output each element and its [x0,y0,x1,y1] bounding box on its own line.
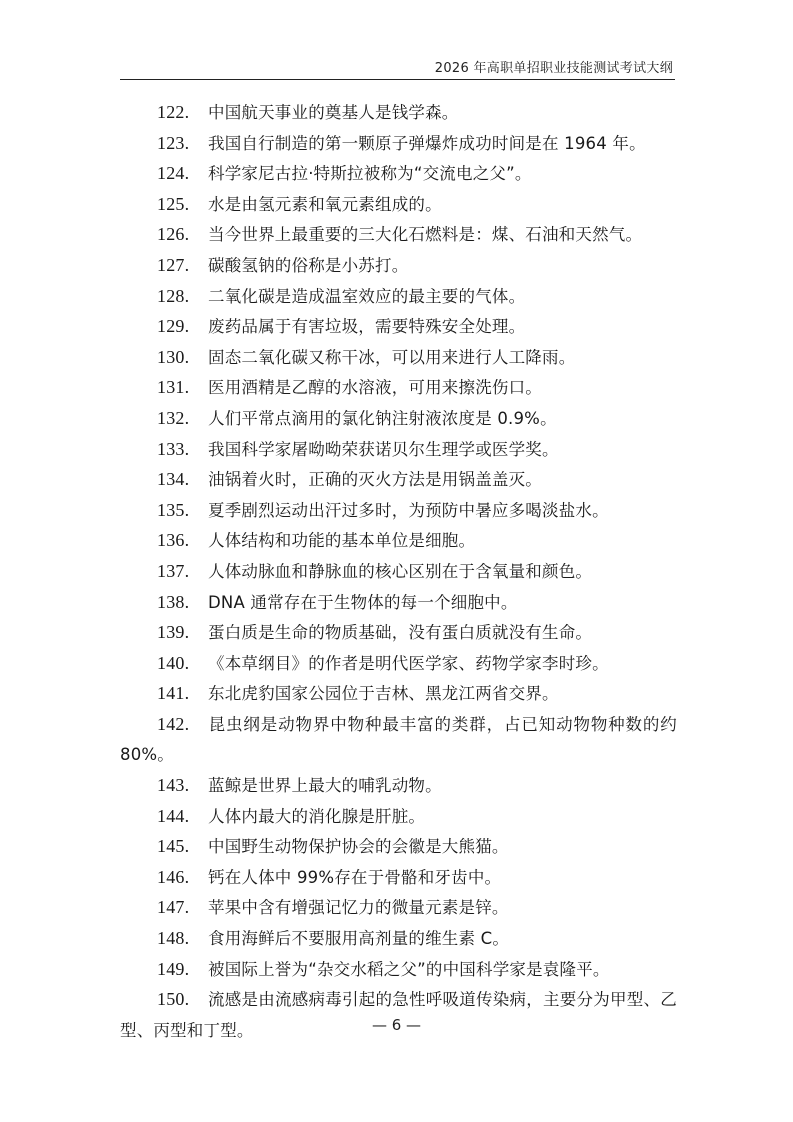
item-text: 人体动脉血和静脉血的核心区别在于含氧量和颜色。 [208,562,592,581]
item-text: 科学家尼古拉·特斯拉被称为“交流电之父”。 [208,164,532,183]
list-item: 147.苹果中含有增强记忆力的微量元素是锌。 [120,893,677,924]
list-item: 134.油锅着火时，正确的灭火方法是用锅盖盖灭。 [120,465,677,496]
item-text: 水是由氢元素和氧元素组成的。 [208,195,442,214]
item-number: 150. [157,985,201,1015]
item-number: 133. [157,435,201,465]
item-text: 昆虫纲是动物界中物种最丰富的类群，占已知动物物种数的约 80%。 [120,715,677,765]
item-text: 人体结构和功能的基本单位是细胞。 [208,531,475,550]
list-item: 140.《本草纲目》的作者是明代医学家、药物学家李时珍。 [120,649,677,680]
list-item: 130.固态二氧化碳又称干冰，可以用来进行人工降雨。 [120,343,677,374]
list-item: 149.被国际上誉为“杂交水稻之父”的中国科学家是袁隆平。 [120,955,677,986]
list-item: 145.中国野生动物保护协会的会徽是大熊猫。 [120,832,677,863]
list-item: 143.蓝鲸是世界上最大的哺乳动物。 [120,771,677,802]
item-text: 人体内最大的消化腺是肝脏。 [208,807,425,826]
item-number: 127. [157,251,201,281]
item-number: 149. [157,955,201,985]
item-text: 油锅着火时，正确的灭火方法是用锅盖盖灭。 [208,470,542,489]
list-item: 131.医用酒精是乙醇的水溶液，可用来擦洗伤口。 [120,373,677,404]
item-number: 139. [157,618,201,648]
item-number: 135. [157,496,201,526]
list-item: 142.昆虫纲是动物界中物种最丰富的类群，占已知动物物种数的约 80%。 [120,710,677,771]
list-item: 137.人体动脉血和静脉血的核心区别在于含氧量和颜色。 [120,557,677,588]
list-item: 126.当今世界上最重要的三大化石燃料是：煤、石油和天然气。 [120,220,677,251]
list-item: 125.水是由氢元素和氧元素组成的。 [120,190,677,221]
item-number: 124. [157,159,201,189]
item-text: 我国科学家屠呦呦荣获诺贝尔生理学或医学奖。 [208,440,559,459]
list-item: 136.人体结构和功能的基本单位是细胞。 [120,526,677,557]
list-item: 123.我国自行制造的第一颗原子弹爆炸成功时间是在 1964 年。 [120,129,677,160]
item-text: 中国航天事业的奠基人是钱学森。 [208,103,459,122]
item-number: 132. [157,404,201,434]
document-title: 2026 年高职单招职业技能测试考试大纲 [435,57,673,76]
item-number: 131. [157,373,201,403]
item-number: 125. [157,190,201,220]
list-item: 144.人体内最大的消化腺是肝脏。 [120,802,677,833]
list-item: 128.二氧化碳是造成温室效应的最主要的气体。 [120,282,677,313]
item-text: 废药品属于有害垃圾，需要特殊安全处理。 [208,317,525,336]
item-number: 144. [157,802,201,832]
list-item: 129.废药品属于有害垃圾，需要特殊安全处理。 [120,312,677,343]
item-text: 我国自行制造的第一颗原子弹爆炸成功时间是在 1964 年。 [208,134,646,153]
list-item: 124.科学家尼古拉·特斯拉被称为“交流电之父”。 [120,159,677,190]
item-number: 140. [157,649,201,679]
item-text: 二氧化碳是造成温室效应的最主要的气体。 [208,287,525,306]
page-number: — 6 — [0,1016,793,1034]
item-text: 人们平常点滴用的氯化钠注射液浓度是 0.9%。 [208,409,557,428]
list-item: 139.蛋白质是生命的物质基础，没有蛋白质就没有生命。 [120,618,677,649]
list-item: 132.人们平常点滴用的氯化钠注射液浓度是 0.9%。 [120,404,677,435]
list-item: 127.碳酸氢钠的俗称是小苏打。 [120,251,677,282]
item-text: 碳酸氢钠的俗称是小苏打。 [208,256,408,275]
list-item: 133.我国科学家屠呦呦荣获诺贝尔生理学或医学奖。 [120,435,677,466]
item-number: 142. [157,710,201,740]
item-text: 固态二氧化碳又称干冰，可以用来进行人工降雨。 [208,348,575,367]
item-number: 129. [157,312,201,342]
list-item: 146.钙在人体中 99%存在于骨骼和牙齿中。 [120,863,677,894]
page-header: 2026 年高职单招职业技能测试考试大纲 [120,55,675,80]
item-number: 148. [157,924,201,954]
item-text: 《本草纲目》的作者是明代医学家、药物学家李时珍。 [208,654,609,673]
item-text: 当今世界上最重要的三大化石燃料是：煤、石油和天然气。 [208,225,642,244]
item-number: 122. [157,98,201,128]
item-text: 东北虎豹国家公园位于吉林、黑龙江两省交界。 [208,684,559,703]
item-text: 蓝鲸是世界上最大的哺乳动物。 [208,776,442,795]
item-text: 苹果中含有增强记忆力的微量元素是锌。 [208,898,509,917]
item-number: 137. [157,557,201,587]
item-text: 被国际上誉为“杂交水稻之父”的中国科学家是袁隆平。 [208,960,610,979]
item-text: 蛋白质是生命的物质基础，没有蛋白质就没有生命。 [208,623,592,642]
item-number: 126. [157,220,201,250]
item-number: 138. [157,588,201,618]
list-item: 135.夏季剧烈运动出汗过多时，为预防中暑应多喝淡盐水。 [120,496,677,527]
item-number: 128. [157,282,201,312]
list-item: 122.中国航天事业的奠基人是钱学森。 [120,98,677,129]
item-number: 130. [157,343,201,373]
item-text: 中国野生动物保护协会的会徽是大熊猫。 [208,837,509,856]
item-number: 123. [157,129,201,159]
item-text: 夏季剧烈运动出汗过多时，为预防中暑应多喝淡盐水。 [208,501,609,520]
list-item: 148.食用海鲜后不要服用高剂量的维生素 C。 [120,924,677,955]
item-number: 145. [157,832,201,862]
item-number: 136. [157,526,201,556]
item-text: 食用海鲜后不要服用高剂量的维生素 C。 [208,929,509,948]
item-text: 医用酒精是乙醇的水溶液，可用来擦洗伤口。 [208,378,542,397]
item-number: 143. [157,771,201,801]
item-number: 146. [157,863,201,893]
item-number: 147. [157,893,201,923]
knowledge-list: 122.中国航天事业的奠基人是钱学森。 123.我国自行制造的第一颗原子弹爆炸成… [120,98,677,1046]
item-number: 141. [157,679,201,709]
list-item: 141.东北虎豹国家公园位于吉林、黑龙江两省交界。 [120,679,677,710]
list-item: 138.DNA 通常存在于生物体的每一个细胞中。 [120,588,677,619]
item-number: 134. [157,465,201,495]
item-text: DNA 通常存在于生物体的每一个细胞中。 [208,593,518,612]
item-text: 钙在人体中 99%存在于骨骼和牙齿中。 [208,868,501,887]
